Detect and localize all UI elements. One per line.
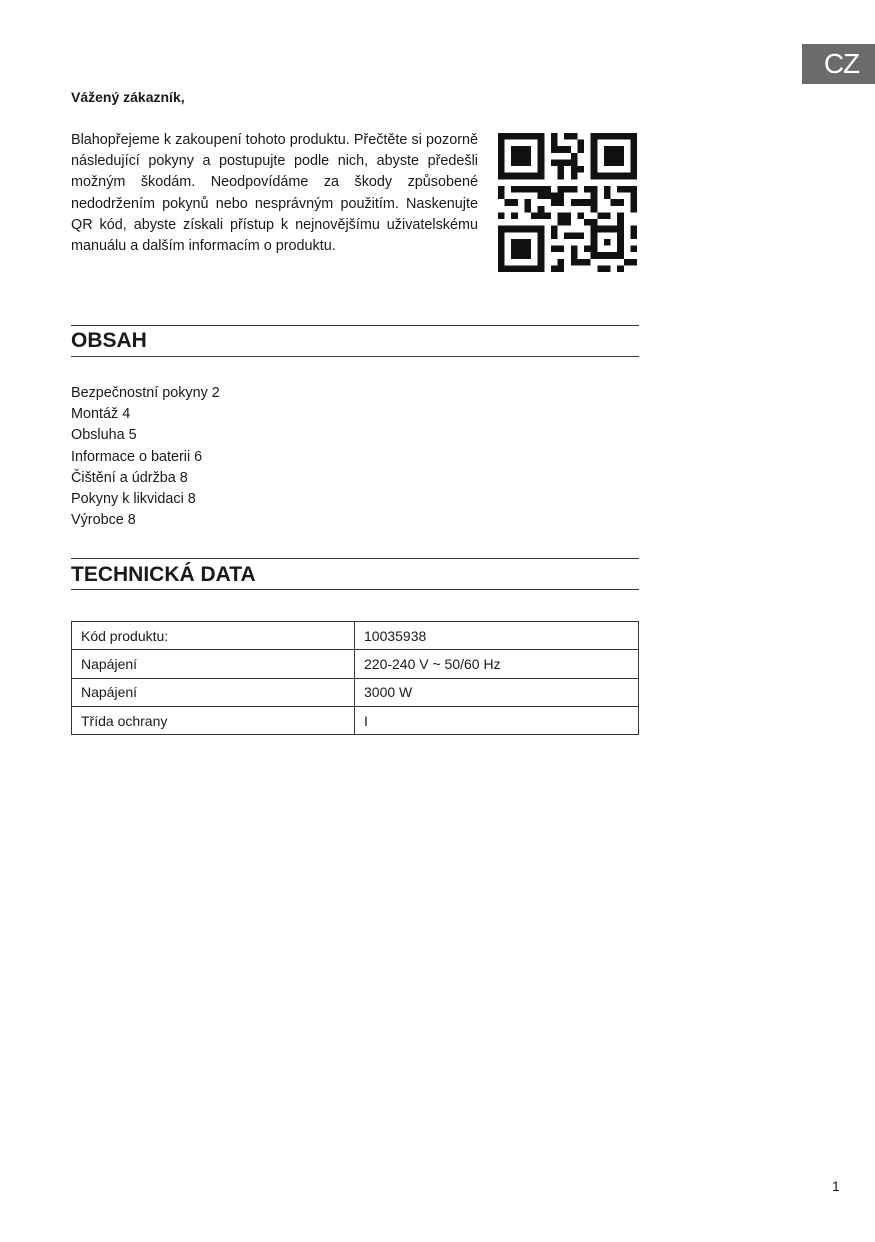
spec-label: Třída ochrany: [72, 706, 355, 734]
technical-data-table: Kód produktu: 10035938 Napájení 220-240 …: [71, 621, 639, 735]
section-divider: [71, 356, 639, 357]
toc-item[interactable]: Čištění a údržba 8: [71, 468, 220, 489]
toc-item[interactable]: Výrobce 8: [71, 510, 220, 531]
toc-item[interactable]: Informace o baterii 6: [71, 447, 220, 468]
spec-value: 3000 W: [355, 678, 639, 706]
spec-label: Napájení: [72, 650, 355, 678]
spec-value: 10035938: [355, 622, 639, 650]
toc-item[interactable]: Pokyny k likvidaci 8: [71, 489, 220, 510]
table-row: Napájení 3000 W: [72, 678, 639, 706]
table-of-contents: Bezpečnostní pokyny 2 Montáž 4 Obsluha 5…: [71, 383, 220, 531]
section-divider: [71, 325, 639, 326]
spec-value: I: [355, 706, 639, 734]
qr-code-icon[interactable]: [498, 133, 637, 272]
contents-title: OBSAH: [71, 329, 147, 353]
technical-data-title: TECHNICKÁ DATA: [71, 563, 256, 587]
intro-paragraph: Blahopřejeme k zakoupení tohoto produktu…: [71, 130, 478, 257]
page-number: 1: [832, 1178, 840, 1194]
table-row: Napájení 220-240 V ~ 50/60 Hz: [72, 650, 639, 678]
toc-item[interactable]: Montáž 4: [71, 404, 220, 425]
section-divider: [71, 589, 639, 590]
spec-label: Napájení: [72, 678, 355, 706]
spec-value: 220-240 V ~ 50/60 Hz: [355, 650, 639, 678]
section-divider: [71, 558, 639, 559]
greeting: Vážený zákazník,: [71, 89, 185, 105]
table-row: Třída ochrany I: [72, 706, 639, 734]
toc-item[interactable]: Bezpečnostní pokyny 2: [71, 383, 220, 404]
language-tab: CZ: [802, 44, 875, 84]
table-row: Kód produktu: 10035938: [72, 622, 639, 650]
spec-label: Kód produktu:: [72, 622, 355, 650]
toc-item[interactable]: Obsluha 5: [71, 425, 220, 446]
